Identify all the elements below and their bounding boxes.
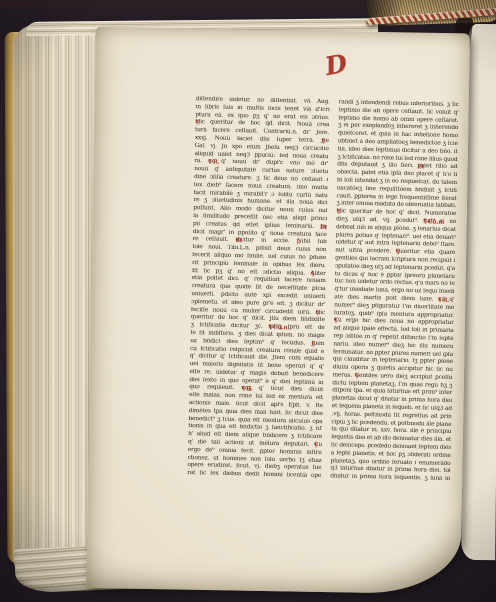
text-line: dñatur in prima hora ſequentis. ʒ luna i… — [330, 473, 450, 484]
text-block: diſſendire uidetur. nō diſſentiūt. vñ Au… — [187, 96, 459, 488]
right-text-column: randi ʒ intendendi rebus inferioribus. ʒ… — [330, 99, 459, 488]
photo-backdrop: D diſſendire uidetur. nō diſſentiūt. vñ … — [0, 0, 496, 602]
left-text-column: diſſendire uidetur. nō diſſentiūt. vñ Au… — [187, 96, 330, 485]
open-page: D diſſendire uidetur. nō diſſentiūt. vñ … — [86, 27, 470, 594]
rubricated-initial-d: D — [319, 49, 354, 84]
text-line: rat ſic ſex diebus dedit hominī licentiā… — [187, 470, 321, 481]
